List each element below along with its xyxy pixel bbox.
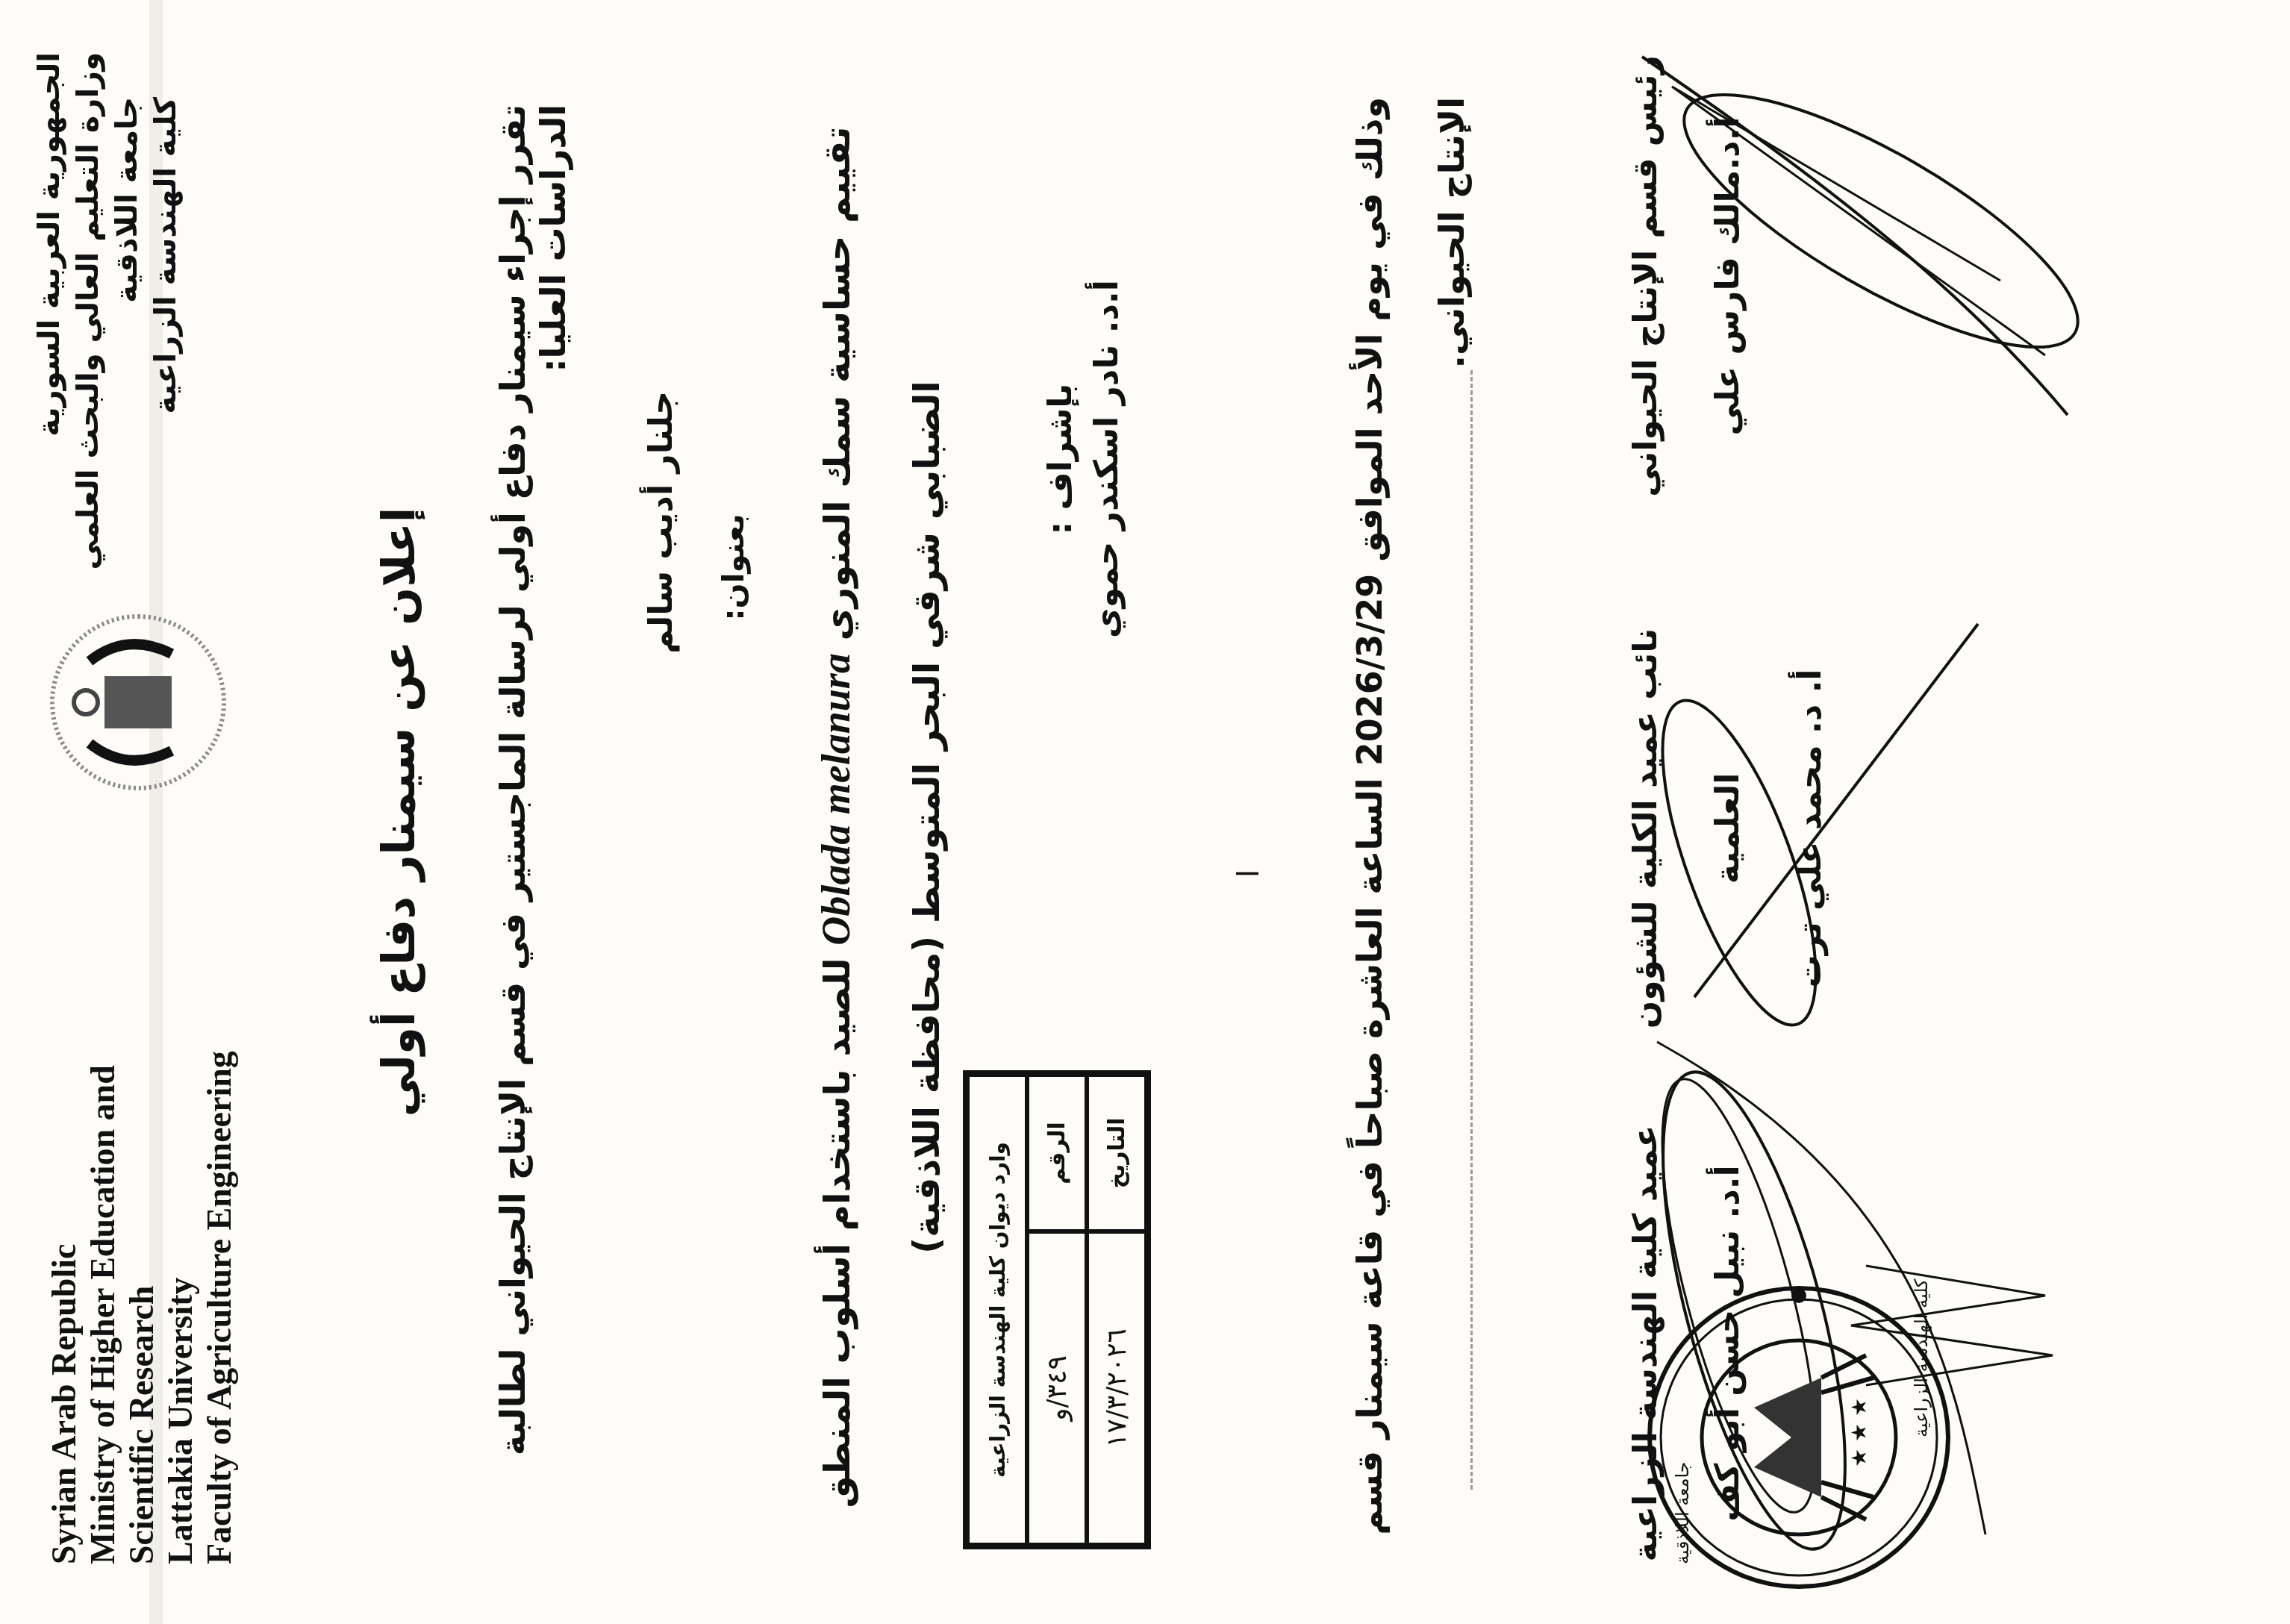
incoming-stamp: وارد ديوان كلية الهندسة الزراعية ٣٤٩/و ا… <box>963 1070 1151 1549</box>
supervision-label: بإشراف : <box>1038 0 1084 918</box>
page-title: إعلان عن سيمنار دفاع أولي <box>373 0 425 1624</box>
header-arabic: الجمهورية العربية السورية وزارة التعليم … <box>30 52 185 569</box>
header-en-line: Syrian Arab Republic <box>45 1051 84 1564</box>
announcement-page: الجمهورية العربية السورية وزارة التعليم … <box>0 0 2290 1624</box>
seal-bottom-text: كلية الهندسة الزراعية <box>1911 1278 1932 1437</box>
header-en-line: Faculty of Agriculture Engineering <box>200 1051 239 1564</box>
header-en-line: Ministry of Higher Education and <box>84 1051 122 1564</box>
header-ar-line: وزارة التعليم العالي والبحث العلمي <box>69 52 107 569</box>
signature-vice-dean: نائب عميد الكلية للشؤون العلمية أ. د. مح… <box>1605 567 1851 1090</box>
student-name: جلنار أديب سالم <box>642 0 680 1045</box>
stamp-header: وارد ديوان كلية الهندسة الزراعية <box>967 1075 1027 1545</box>
seal-top-text: جامعة اللاذقية <box>1672 1461 1693 1564</box>
header-ar-line: الجمهورية العربية السورية <box>30 52 69 569</box>
stamp-number-label: الرقم <box>1027 1075 1087 1231</box>
thesis-species: Oblada melanura <box>814 653 858 946</box>
header-english: Syrian Arab Republic Ministry of Higher … <box>45 1051 239 1564</box>
signature-role: رئيس قسم الإنتاج الحيواني <box>1605 45 1687 507</box>
svg-text:★ ★ ★: ★ ★ ★ <box>1847 1398 1871 1467</box>
supervision: بإشراف : أ.د. نادر اسكندر حموي <box>1038 0 1130 918</box>
pen-mark: ا <box>1232 869 1266 878</box>
intro-text: تقرر إجراء سيمنار دفاع أولي لرسالة الماج… <box>493 104 573 1567</box>
header-en-line: Scientific Research <box>122 1051 161 1564</box>
schedule-text: وذلك في يوم الأحد الموافق 2026/3/29 السا… <box>1329 97 1493 1552</box>
header-ar-line: جامعة اللاذقية <box>107 52 146 569</box>
supervisor-name: أ.د. نادر اسكندر حموي <box>1084 0 1130 918</box>
titled-label: بعنوان: <box>717 0 751 1134</box>
signature-department-head: رئيس قسم الإنتاج الحيواني أ.د.مالك فارس … <box>1605 45 1769 507</box>
stamp-date-label: التاريخ <box>1087 1075 1146 1231</box>
thesis-title-part1: تقييم حساسية سمك المنوري <box>817 127 858 641</box>
signature-role: نائب عميد الكلية للشؤون العلمية <box>1605 567 1769 1090</box>
stamp-date-value: ١٧/٣/٢٠٢٦ <box>1087 1231 1146 1545</box>
signature-name: أ. د. محمد علي ترت <box>1769 567 1851 1090</box>
university-emblem-icon <box>45 602 231 803</box>
thesis-title: تقييم حساسية سمك المنوري Oblada melanura… <box>791 90 972 1545</box>
signature-name: أ.د.مالك فارس علي <box>1687 45 1769 507</box>
header-en-line: Lattakia University <box>161 1051 200 1564</box>
stamp-number-value: ٣٤٩/و <box>1027 1231 1087 1545</box>
header-ar-line: كلية الهندسة الزراعية <box>146 52 185 569</box>
